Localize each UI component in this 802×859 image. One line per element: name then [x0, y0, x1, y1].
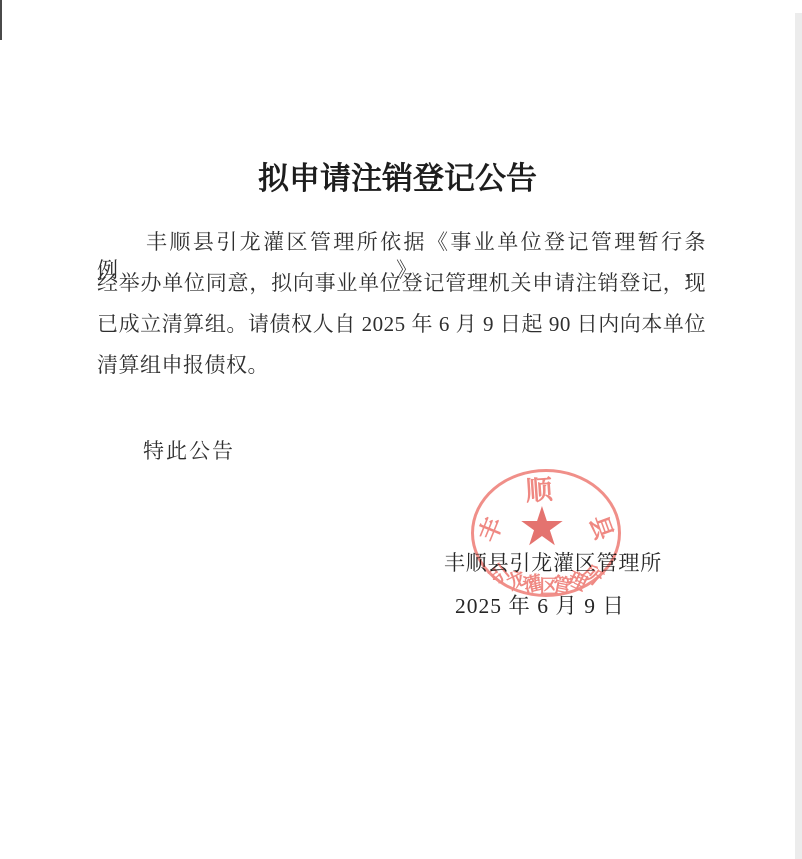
- seal-top-char-2: 顺: [525, 477, 554, 506]
- page-title: 拟申请注销登记公告: [0, 153, 795, 198]
- document-page: 拟申请注销登记公告 丰顺县引龙灌区管理所依据《事业单位登记管理暂行条例》， 经举…: [0, 0, 802, 859]
- issuer-signature: 丰顺县引龙灌区管理所: [444, 547, 662, 577]
- seal-top-char-3: 县: [585, 513, 616, 544]
- body-paragraph-line-3: 已成立清算组。请债权人自 2025 年 6 月 9 日起 90 日内向本单位: [97, 310, 706, 338]
- closing-phrase: 特此公告: [143, 435, 235, 465]
- seal-top-char-1: 丰: [476, 514, 507, 545]
- issue-date: 2025 年 6 月 9 日: [455, 589, 625, 620]
- seal-ring-icon: [471, 469, 621, 597]
- body-paragraph-line-2: 经举办单位同意，拟向事业单位登记管理机关申请注销登记，现: [97, 269, 706, 297]
- seal-star-icon: ★: [518, 500, 566, 554]
- scan-edge-artifact: [0, 0, 2, 40]
- scrollbar[interactable]: [795, 13, 802, 859]
- body-paragraph-line-4: 清算组申报债权。: [97, 351, 706, 379]
